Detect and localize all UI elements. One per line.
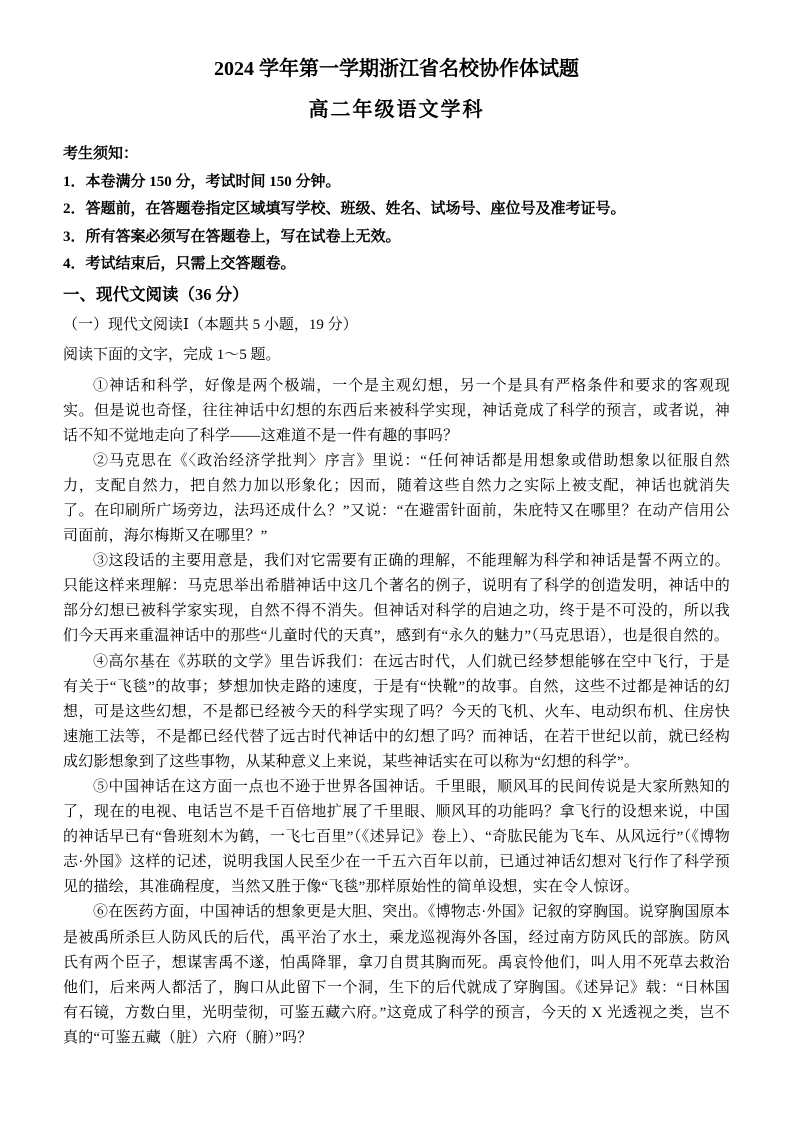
notice-item: 3．所有答案必须写在答题卷上，写在试卷上无效。 — [63, 224, 730, 252]
subsection-heading: （一）现代文阅读Ⅰ（本题共 5 小题，19 分） — [63, 314, 730, 337]
passage-paragraph: ⑤中国神话在这方面一点也不逊于世界各国神话。千里眼，顺风耳的民间传说是大家所熟知… — [63, 775, 730, 900]
exam-subject-title: 高二年级语文学科 — [63, 97, 730, 123]
candidate-notice: 考生须知： 1．本卷满分 150 分，考试时间 150 分钟。 2．答题前，在答… — [63, 141, 730, 279]
passage-paragraph: ⑥在医药方面，中国神话的想象更是大胆、突出。《博物志·外国》记叙的穿胸国。说穿胸… — [63, 900, 730, 1051]
notice-item: 4．考试结束后，只需上交答题卷。 — [63, 251, 730, 279]
reading-instruction: 阅读下面的文字，完成 1～5 题。 — [63, 344, 730, 367]
notice-item: 2．答题前，在答题卷指定区域填写学校、班级、姓名、试场号、座位号及准考证号。 — [63, 196, 730, 224]
notice-item: 1．本卷满分 150 分，考试时间 150 分钟。 — [63, 169, 730, 197]
passage-paragraph: ④高尔基在《苏联的文学》里告诉我们：在远古时代，人们就已经梦想能够在空中飞行，于… — [63, 650, 730, 775]
section-heading: 一、现代文阅读（36 分） — [63, 282, 730, 307]
passage-paragraph: ①神话和科学，好像是两个极端，一个是主观幻想，另一个是具有严格条件和要求的客观现… — [63, 374, 730, 449]
passage-paragraph: ③这段话的主要用意是，我们对它需要有正确的理解，不能理解为科学和神话是誓不两立的… — [63, 549, 730, 649]
passage-paragraph: ②马克思在《〈政治经济学批判〉序言》里说：“任何神话都是用想象或借助想象以征服自… — [63, 449, 730, 549]
reading-passage: ①神话和科学，好像是两个极端，一个是主观幻想，另一个是具有严格条件和要求的客观现… — [63, 374, 730, 1052]
notice-heading: 考生须知： — [63, 141, 730, 169]
exam-paper-page: 2024 学年第一学期浙江省名校协作体试题 高二年级语文学科 考生须知： 1．本… — [0, 0, 793, 1122]
exam-title: 2024 学年第一学期浙江省名校协作体试题 — [63, 56, 730, 82]
